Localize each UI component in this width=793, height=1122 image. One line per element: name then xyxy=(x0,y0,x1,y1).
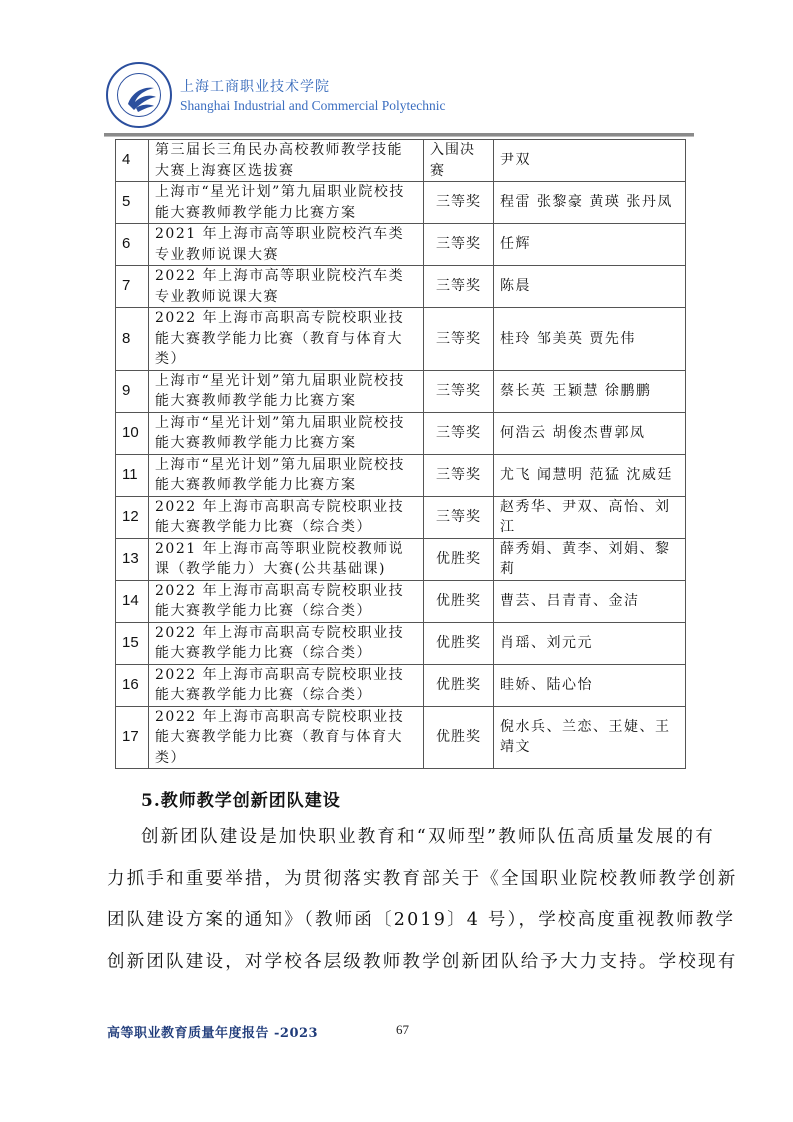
table-row: 13 2021 年上海市高等职业院校教师说课（教学能力）大赛(公共基础课) 优胜… xyxy=(116,538,686,580)
row-number: 7 xyxy=(116,266,149,308)
row-number: 13 xyxy=(116,538,149,580)
winners: 肖瑶、刘元元 xyxy=(494,622,686,664)
page-header: 上海工商职业技术学院 Shanghai Industrial and Comme… xyxy=(104,58,694,138)
winners: 尤飞 闻慧明 范猛 沈威廷 xyxy=(494,454,686,496)
school-emblem-icon xyxy=(106,62,172,128)
row-number: 6 xyxy=(116,224,149,266)
row-number: 11 xyxy=(116,454,149,496)
award-level: 优胜奖 xyxy=(424,706,494,769)
table-row: 6 2021 年上海市高等职业院校汽车类专业教师说课大赛 三等奖 任辉 xyxy=(116,224,686,266)
row-number: 5 xyxy=(116,182,149,224)
row-number: 15 xyxy=(116,622,149,664)
winners: 陈晨 xyxy=(494,266,686,308)
paragraph-line: 力抓手和重要举措，为贯彻落实教育部关于《全国职业院校教师教学创新 xyxy=(107,865,707,890)
award-level: 优胜奖 xyxy=(424,622,494,664)
competition-name: 上海市“星光计划”第九届职业院校技能大赛教师教学能力比赛方案 xyxy=(149,370,424,412)
competition-name: 上海市“星光计划”第九届职业院校技能大赛教师教学能力比赛方案 xyxy=(149,454,424,496)
page-number: 67 xyxy=(396,1022,409,1038)
row-number: 10 xyxy=(116,412,149,454)
winners: 程雷 张黎豪 黄瑛 张丹凤 xyxy=(494,182,686,224)
footer-report-title: 高等职业教育质量年度报告 -2023 xyxy=(107,1022,318,1041)
award-level: 优胜奖 xyxy=(424,664,494,706)
row-number: 9 xyxy=(116,370,149,412)
winners: 任辉 xyxy=(494,224,686,266)
competition-name: 2022 年上海市高职高专院校职业技能大赛教学能力比赛（综合类） xyxy=(149,580,424,622)
winners: 何浩云 胡俊杰曹郭凤 xyxy=(494,412,686,454)
row-number: 17 xyxy=(116,706,149,769)
winners: 眭娇、陆心怡 xyxy=(494,664,686,706)
competition-name: 2022 年上海市高职高专院校职业技能大赛教学能力比赛（综合类） xyxy=(149,622,424,664)
row-number: 4 xyxy=(116,140,149,182)
award-level: 三等奖 xyxy=(424,496,494,538)
row-number: 8 xyxy=(116,308,149,371)
table-row: 11 上海市“星光计划”第九届职业院校技能大赛教师教学能力比赛方案 三等奖 尤飞… xyxy=(116,454,686,496)
awards-table: 4 第三届长三角民办高校教师教学技能大赛上海赛区选拔赛 入围决赛 尹双 5 上海… xyxy=(115,139,686,769)
row-number: 14 xyxy=(116,580,149,622)
award-level: 三等奖 xyxy=(424,454,494,496)
winners: 桂玲 邹美英 贾先伟 xyxy=(494,308,686,371)
award-level: 三等奖 xyxy=(424,224,494,266)
header-divider xyxy=(104,133,694,137)
competition-name: 上海市“星光计划”第九届职业院校技能大赛教师教学能力比赛方案 xyxy=(149,182,424,224)
competition-name: 2021 年上海市高等职业院校汽车类专业教师说课大赛 xyxy=(149,224,424,266)
award-level: 入围决赛 xyxy=(424,140,494,182)
competition-name: 2022 年上海市高职高专院校职业技能大赛教学能力比赛（综合类） xyxy=(149,496,424,538)
row-number: 12 xyxy=(116,496,149,538)
winners: 尹双 xyxy=(494,140,686,182)
winners: 赵秀华、尹双、高怡、刘江 xyxy=(494,496,686,538)
award-level: 优胜奖 xyxy=(424,538,494,580)
winners: 曹芸、吕青青、金洁 xyxy=(494,580,686,622)
award-level: 三等奖 xyxy=(424,370,494,412)
winners: 蔡长英 王颖慧 徐鹏鹏 xyxy=(494,370,686,412)
competition-name: 2022 年上海市高等职业院校汽车类专业教师说课大赛 xyxy=(149,266,424,308)
competition-name: 第三届长三角民办高校教师教学技能大赛上海赛区选拔赛 xyxy=(149,140,424,182)
award-level: 优胜奖 xyxy=(424,580,494,622)
winners: 倪水兵、兰恋、王婕、王靖文 xyxy=(494,706,686,769)
award-level: 三等奖 xyxy=(424,182,494,224)
table-row: 9 上海市“星光计划”第九届职业院校技能大赛教师教学能力比赛方案 三等奖 蔡长英… xyxy=(116,370,686,412)
winners: 薛秀娟、黄李、刘娟、黎莉 xyxy=(494,538,686,580)
table-row: 4 第三届长三角民办高校教师教学技能大赛上海赛区选拔赛 入围决赛 尹双 xyxy=(116,140,686,182)
paragraph-line: 创新团队建设，对学校各层级教师教学创新团队给予大力支持。学校现有 xyxy=(107,948,707,973)
school-name-en: Shanghai Industrial and Commercial Polyt… xyxy=(180,98,445,114)
award-level: 三等奖 xyxy=(424,308,494,371)
award-level: 三等奖 xyxy=(424,412,494,454)
section-heading: 5.教师教学创新团队建设 xyxy=(141,786,341,811)
table-row: 15 2022 年上海市高职高专院校职业技能大赛教学能力比赛（综合类） 优胜奖 … xyxy=(116,622,686,664)
table-row: 12 2022 年上海市高职高专院校职业技能大赛教学能力比赛（综合类） 三等奖 … xyxy=(116,496,686,538)
competition-name: 上海市“星光计划”第九届职业院校技能大赛教师教学能力比赛方案 xyxy=(149,412,424,454)
paragraph-line: 团队建设方案的通知》（教师函〔2019〕4 号），学校高度重视教师教学 xyxy=(107,906,707,931)
table-row: 17 2022 年上海市高职高专院校职业技能大赛教学能力比赛（教育与体育大类） … xyxy=(116,706,686,769)
row-number: 16 xyxy=(116,664,149,706)
table-row: 7 2022 年上海市高等职业院校汽车类专业教师说课大赛 三等奖 陈晨 xyxy=(116,266,686,308)
table-row: 8 2022 年上海市高职高专院校职业技能大赛教学能力比赛（教育与体育大类） 三… xyxy=(116,308,686,371)
table-row: 14 2022 年上海市高职高专院校职业技能大赛教学能力比赛（综合类） 优胜奖 … xyxy=(116,580,686,622)
competition-name: 2021 年上海市高等职业院校教师说课（教学能力）大赛(公共基础课) xyxy=(149,538,424,580)
table-row: 10 上海市“星光计划”第九届职业院校技能大赛教师教学能力比赛方案 三等奖 何浩… xyxy=(116,412,686,454)
table-row: 5 上海市“星光计划”第九届职业院校技能大赛教师教学能力比赛方案 三等奖 程雷 … xyxy=(116,182,686,224)
competition-name: 2022 年上海市高职高专院校职业技能大赛教学能力比赛（教育与体育大类） xyxy=(149,308,424,371)
school-name-cn: 上海工商职业技术学院 xyxy=(180,76,330,96)
table-row: 16 2022 年上海市高职高专院校职业技能大赛教学能力比赛（综合类） 优胜奖 … xyxy=(116,664,686,706)
competition-name: 2022 年上海市高职高专院校职业技能大赛教学能力比赛（综合类） xyxy=(149,664,424,706)
competition-name: 2022 年上海市高职高专院校职业技能大赛教学能力比赛（教育与体育大类） xyxy=(149,706,424,769)
paragraph-line: 创新团队建设是加快职业教育和“双师型”教师队伍高质量发展的有 xyxy=(141,823,741,848)
award-level: 三等奖 xyxy=(424,266,494,308)
